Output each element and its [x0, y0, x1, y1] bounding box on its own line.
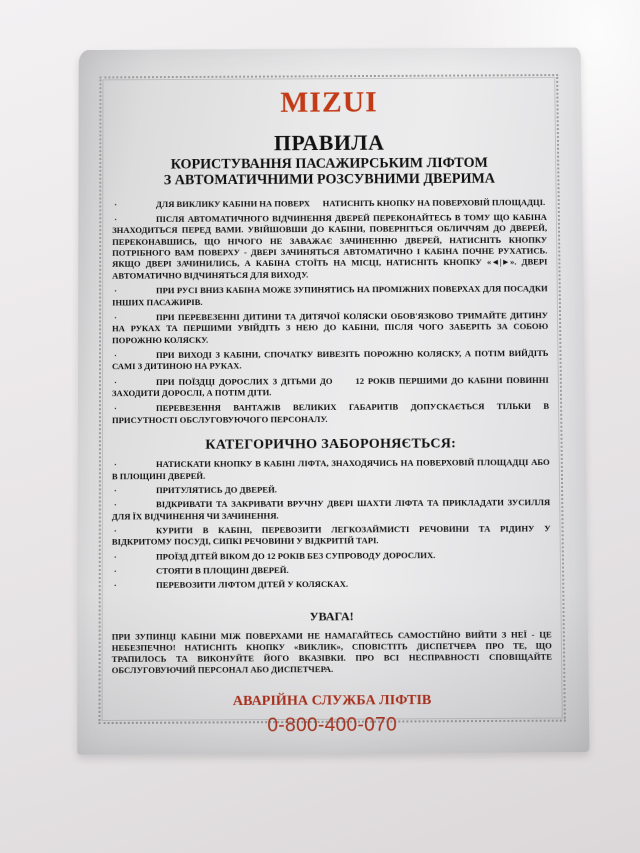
forbidden-list: ·НАТИСКАТИ КНОПКУ В КАБІНІ ЛІФТА, ЗНАХОД… [112, 457, 551, 592]
forbidden-item: ·НАТИСКАТИ КНОПКУ В КАБІНІ ЛІФТА, ЗНАХОД… [112, 457, 550, 482]
emergency-service-label: АВАРІЙНА СЛУЖБА ЛІФТІВ [112, 692, 553, 710]
forbidden-text: ПРИТУЛЯТИСЬ ДО ДВЕРЕЙ. [156, 484, 277, 495]
rule-text: ПРИ РУСІ ВНИЗ КАБІНА МОЖЕ ЗУПИНЯТИСЬ НА … [112, 283, 548, 306]
forbidden-text: КУРИТИ В КАБІНІ, ПЕРЕВОЗИТИ ЛЕГКОЗАЙМИСТ… [112, 523, 551, 547]
forbidden-item: ·ПРОЇЗД ДІТЕЙ ВІКОМ ДО 12 РОКІВ БЕЗ СУПР… [112, 549, 551, 563]
forbidden-item: ·ВІДКРИВАТИ ТА ЗАКРИВАТИ ВРУЧНУ ДВЕРІ ША… [112, 497, 551, 522]
bullet-icon: · [112, 350, 156, 362]
forbidden-text: ВІДКРИВАТИ ТА ЗАКРИВАТИ ВРУЧНУ ДВЕРІ ШАХ… [112, 497, 550, 521]
rule-text: ПРИ ВИХОДІ З КАБІНИ, СПОЧАТКУ ВИВЕЗІТЬ П… [112, 348, 549, 372]
forbidden-item: ·КУРИТИ В КАБІНІ, ПЕРЕВОЗИТИ ЛЕГКОЗАЙМИС… [112, 523, 551, 548]
bullet-icon: · [112, 566, 156, 578]
rule-item: ·ДЛЯ ВИКЛИКУ КАБІНИ НА ПОВЕРХ НАТИСНІТЬ … [112, 197, 547, 210]
forbidden-item: ·СТОЯТИ В ПЛОЩИНІ ДВЕРЕЙ. [112, 564, 551, 578]
bullet-icon: · [112, 580, 156, 592]
rule-item: ·ПРИ ПОЇЗДЦІ ДОРОСЛИХ З ДІТЬМИ ДО 12 РОК… [112, 374, 549, 399]
forbidden-text: НАТИСКАТИ КНОПКУ В КАБІНІ ЛІФТА, ЗНАХОДЯ… [112, 457, 550, 481]
sign-subtitle-line-2: З АВТОМАТИЧНИМИ РОЗСУВНИМИ ДВЕРИМА [112, 171, 546, 189]
attention-text: ПРИ ЗУПИНЦІ КАБІНИ МІЖ ПОВЕРХАМИ НЕ НАМА… [112, 629, 553, 676]
forbidden-item: ·ПРИТУЛЯТИСЬ ДО ДВЕРЕЙ. [112, 483, 550, 497]
elevator-rules-sign: MIZUI ПРАВИЛА КОРИСТУВАННЯ ПАСАЖИРСЬКИМ … [77, 47, 589, 754]
attention-heading: УВАГА! [112, 608, 552, 625]
bullet-icon: · [112, 485, 156, 497]
rule-item: ·ПРИ ПЕРЕВЕЗЕННІ ДИТИНИ ТА ДИТЯЧОЇ КОЛЯС… [112, 310, 548, 346]
emergency-phone-number: 0-800-400-070 [112, 714, 553, 739]
bullet-icon: · [112, 500, 156, 512]
bullet-icon: · [112, 214, 156, 225]
bullet-icon: · [112, 459, 156, 471]
rule-text: ПЕРЕВЕЗЕННЯ ВАНТАЖІВ ВЕЛИКИХ ГАБАРИТІВ Д… [112, 401, 549, 425]
forbidden-text: СТОЯТИ В ПЛОЩИНІ ДВЕРЕЙ. [156, 565, 289, 576]
rule-item: ·ПІСЛЯ АВТОМАТИЧНОГО ВІДЧИНЕННЯ ДВЕРЕЙ П… [112, 212, 548, 282]
rule-text: ПРИ ПЕРЕВЕЗЕННІ ДИТИНИ ТА ДИТЯЧОЇ КОЛЯСК… [112, 310, 548, 345]
bullet-icon: · [112, 551, 156, 563]
sign-title: ПРАВИЛА [112, 130, 546, 155]
bullet-icon: · [112, 312, 156, 324]
bullet-icon: · [112, 199, 156, 210]
rule-item: ·ПРИ РУСІ ВНИЗ КАБІНА МОЖЕ ЗУПИНЯТИСЬ НА… [112, 283, 548, 308]
forbidden-text: ПРОЇЗД ДІТЕЙ ВІКОМ ДО 12 РОКІВ БЕЗ СУПРО… [156, 550, 435, 562]
rule-text: ПІСЛЯ АВТОМАТИЧНОГО ВІДЧИНЕННЯ ДВЕРЕЙ ПЕ… [112, 212, 547, 280]
forbidden-item: ·ПЕРЕВОЗИТИ ЛІФТОМ ДІТЕЙ У КОЛЯСКАХ. [112, 578, 551, 592]
forbidden-heading: КАТЕГОРИЧНО ЗАБОРОНЯЄТЬСЯ: [112, 436, 550, 454]
brand-logo-text: MIZUI [112, 87, 545, 119]
bullet-icon: · [112, 525, 156, 537]
bullet-icon: · [112, 377, 156, 389]
forbidden-text: ПЕРЕВОЗИТИ ЛІФТОМ ДІТЕЙ У КОЛЯСКАХ. [156, 579, 348, 590]
bullet-icon: · [112, 286, 156, 297]
rule-text: ПРИ ПОЇЗДЦІ ДОРОСЛИХ З ДІТЬМИ ДО 12 РОКІ… [112, 374, 551, 398]
rule-text: ДЛЯ ВИКЛИКУ КАБІНИ НА ПОВЕРХ НАТИСНІТЬ К… [156, 197, 545, 209]
rule-item: ·ПЕРЕВЕЗЕННЯ ВАНТАЖІВ ВЕЛИКИХ ГАБАРИТІВ … [112, 401, 549, 426]
sign-content: MIZUI ПРАВИЛА КОРИСТУВАННЯ ПАСАЖИРСЬКИМ … [112, 81, 553, 738]
rules-list: ·ДЛЯ ВИКЛИКУ КАБІНИ НА ПОВЕРХ НАТИСНІТЬ … [112, 197, 549, 426]
bullet-icon: · [112, 403, 156, 415]
rule-item: ·ПРИ ВИХОДІ З КАБІНИ, СПОЧАТКУ ВИВЕЗІТЬ … [112, 348, 549, 373]
